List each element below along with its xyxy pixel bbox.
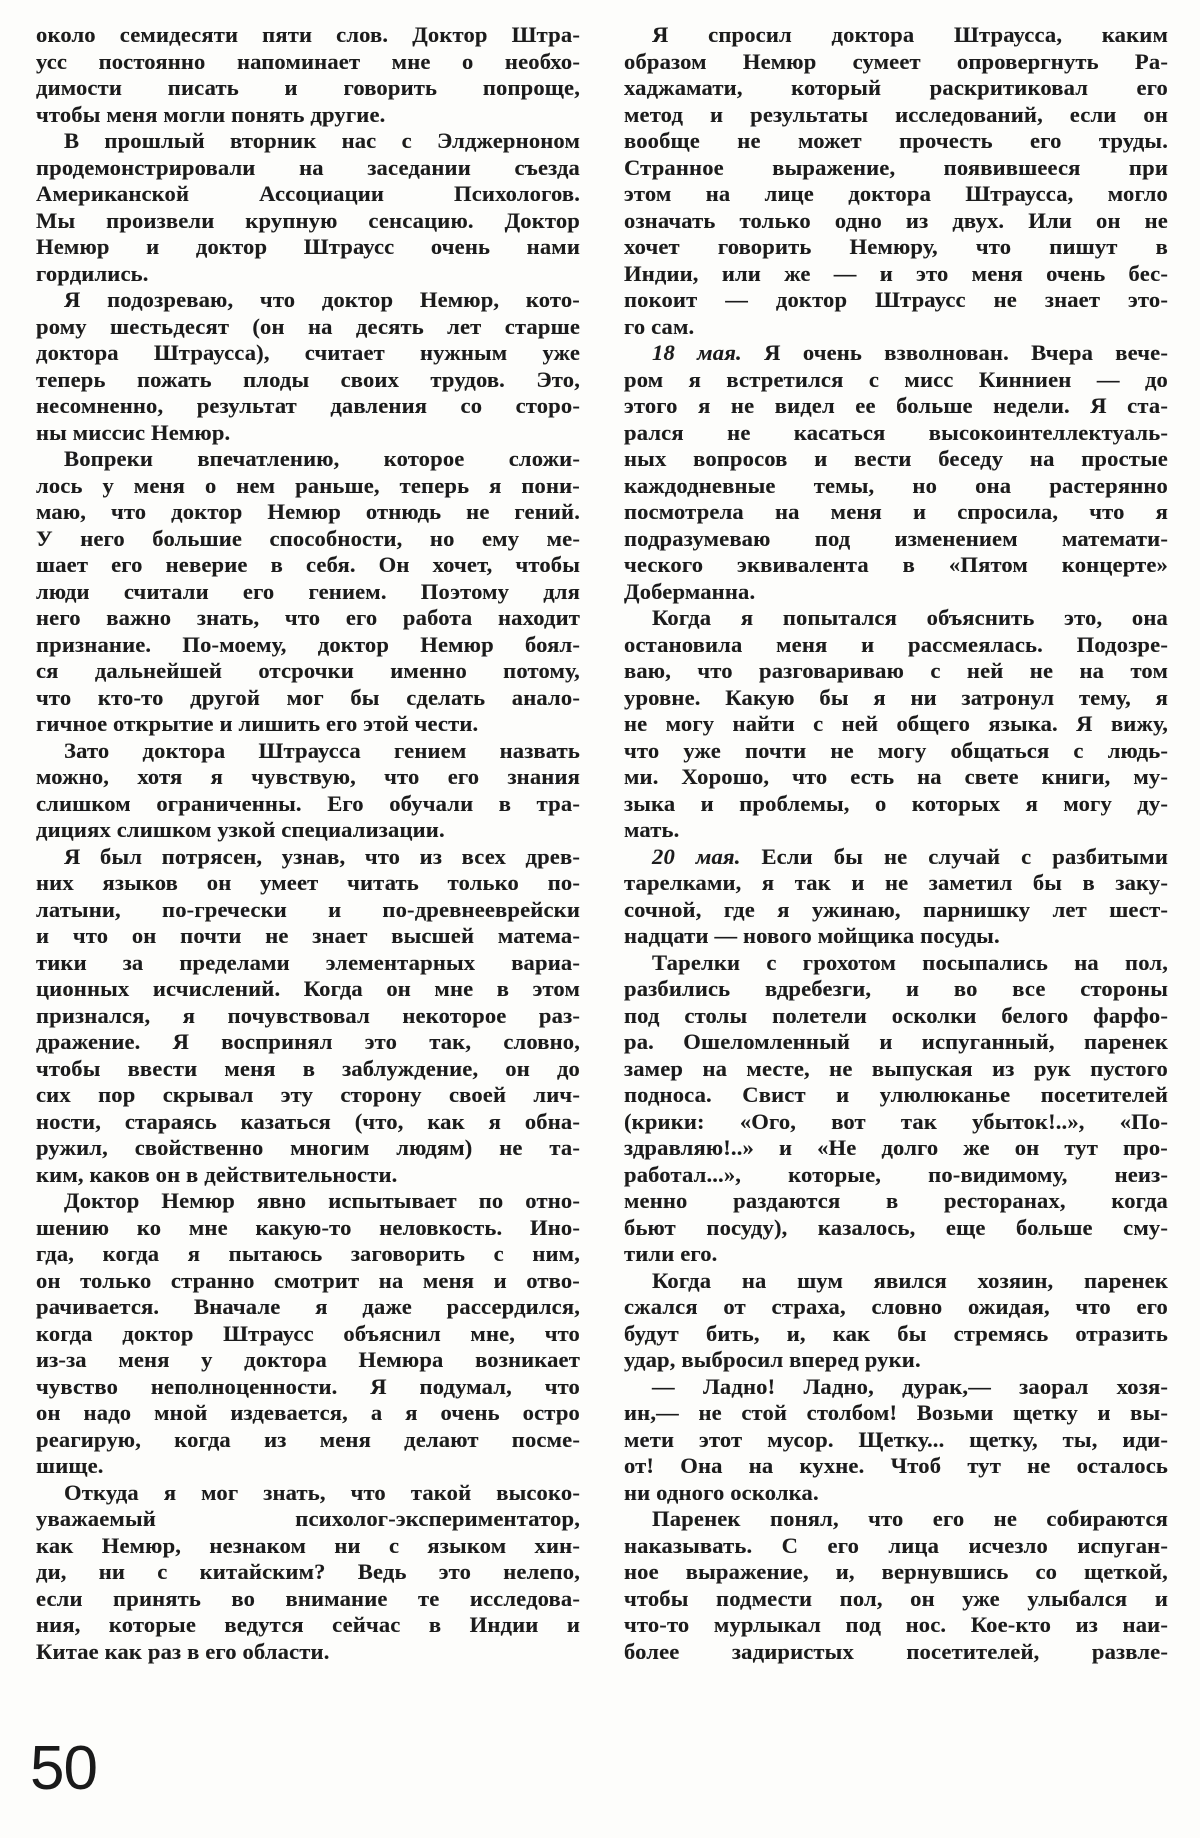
- text-line: Я спросил доктора Штраусса, каким: [624, 22, 1168, 49]
- text-line: Доберманна.: [624, 579, 1168, 606]
- paragraph: 18 мая. Я очень взволнован. Вчера вече-р…: [624, 340, 1168, 605]
- text-line: ди, ни с китайским? Ведь это нелепо,: [36, 1559, 580, 1586]
- text-line: можно, хотя я чувствую, что его знания: [36, 764, 580, 791]
- text-line: признался, я почувствовал некоторое раз-: [36, 1003, 580, 1030]
- text-line: ных вопросов и вести беседу на простые: [624, 446, 1168, 473]
- text-line: 20 мая. Если бы не случай с разбитыми: [624, 844, 1168, 871]
- paragraph: около семидесяти пяти слов. Доктор Штра-…: [36, 22, 580, 128]
- text-line: У него большие способности, но ему ме-: [36, 526, 580, 553]
- text-line: Тарелки с грохотом посыпались на пол,: [624, 950, 1168, 977]
- paragraph: Зато доктора Штраусса гением назватьможн…: [36, 738, 580, 844]
- text-line: Я подозреваю, что доктор Немюр, кото-: [36, 287, 580, 314]
- text-line: из-за меня у доктора Немюра возникает: [36, 1347, 580, 1374]
- text-line: каждодневные темы, но она растерянно: [624, 473, 1168, 500]
- text-line: тики за пределами элементарных вариа-: [36, 950, 580, 977]
- text-line: Когда я попытался объяснить это, она: [624, 605, 1168, 632]
- text-line: несомненно, результат давления со сторо-: [36, 393, 580, 420]
- text-line: ционных исчислений. Когда он мне в этом: [36, 976, 580, 1003]
- paragraph: Я спросил доктора Штраусса, какимобразом…: [624, 22, 1168, 340]
- text-line: подноса. Свист и улюлюканье посетителей: [624, 1082, 1168, 1109]
- text-line: не могу найти с ней общего языка. Я вижу…: [624, 711, 1168, 738]
- text-line: лось у меня о нем раньше, теперь я пони-: [36, 473, 580, 500]
- text-line: сих пор скрывал эту сторону своей лич-: [36, 1082, 580, 1109]
- text-line: сочной, где я ужинаю, парнишку лет шест-: [624, 897, 1168, 924]
- text-line: Странное выражение, появившееся при: [624, 155, 1168, 182]
- text-line: мать.: [624, 817, 1168, 844]
- text-line: будут бить, и, как бы стремясь отразить: [624, 1321, 1168, 1348]
- paragraph: Я подозреваю, что доктор Немюр, кото-ром…: [36, 287, 580, 446]
- text-line: чтобы меня могли понять другие.: [36, 102, 580, 129]
- text-line: ны миссис Немюр.: [36, 420, 580, 447]
- text-line: ния, которые ведутся сейчас в Индии и: [36, 1612, 580, 1639]
- text-line: Американской Ассоциации Психологов.: [36, 181, 580, 208]
- paragraph: Паренек понял, что его не собираютсянака…: [624, 1506, 1168, 1665]
- text-line: ин,— не стой столбом! Возьми щетку и вы-: [624, 1400, 1168, 1427]
- text-line: тили его.: [624, 1241, 1168, 1268]
- text-line: означать только одно из двух. Или он не: [624, 208, 1168, 235]
- page-number: 50: [30, 1738, 97, 1800]
- text-line: Откуда я мог знать, что такой высоко-: [36, 1480, 580, 1507]
- text-line: люди считали его гением. Поэтому для: [36, 579, 580, 606]
- text-line: чтобы ввести меня в заблуждение, он до: [36, 1056, 580, 1083]
- text-line: ное выражение, и, вернувшись со щеткой,: [624, 1559, 1168, 1586]
- paragraph: Когда на шум явился хозяин, паренексжалс…: [624, 1268, 1168, 1374]
- text-line: метод и результаты исследований, если он: [624, 102, 1168, 129]
- paragraph: 20 мая. Если бы не случай с разбитымитар…: [624, 844, 1168, 950]
- text-line: уважаемый психолог-экспериментатор,: [36, 1506, 580, 1533]
- text-line: здравляю!..» и «Не долго же он тут про-: [624, 1135, 1168, 1162]
- text-line: чтобы подмести пол, он уже улыбался и: [624, 1586, 1168, 1613]
- text-line: наказывать. С его лица исчезло испуган-: [624, 1533, 1168, 1560]
- text-line: Китае как раз в его области.: [36, 1639, 580, 1666]
- paragraph: Вопреки впечатлению, которое сложи-лось …: [36, 446, 580, 738]
- text-line: них языков он умеет читать только по-: [36, 870, 580, 897]
- text-line: удар, выбросил вперед руки.: [624, 1347, 1168, 1374]
- text-line: маю, что доктор Немюр отнюдь не гений.: [36, 499, 580, 526]
- text-line: менно раздаются в ресторанах, когда: [624, 1188, 1168, 1215]
- text-line: Немюр и доктор Штраусс очень нами: [36, 234, 580, 261]
- text-line: ности, стараясь казаться (что, как я обн…: [36, 1109, 580, 1136]
- diary-date: 20 мая.: [652, 844, 741, 869]
- text-line: шает его неверие в себя. Он хочет, чтобы: [36, 552, 580, 579]
- text-line: рачивается. Вначале я даже рассердился,: [36, 1294, 580, 1321]
- text-line: вообще не может прочесть его труды.: [624, 128, 1168, 155]
- text-line: гичное открытие и лишить его этой чести.: [36, 711, 580, 738]
- text-line: зыка и проблемы, о которых я могу ду-: [624, 791, 1168, 818]
- paragraph: В прошлый вторник нас с Элджернономпроде…: [36, 128, 580, 287]
- text-line: этого я не видел ее больше недели. Я ста…: [624, 393, 1168, 420]
- text-line: от! Она на кухне. Чтоб тут не осталось: [624, 1453, 1168, 1480]
- paragraph: — Ладно! Ладно, дурак,— заорал хозя-ин,—…: [624, 1374, 1168, 1507]
- text-line: хаджамати, который раскритиковал его: [624, 75, 1168, 102]
- text-line: Когда на шум явился хозяин, паренек: [624, 1268, 1168, 1295]
- left-column: около семидесяти пяти слов. Доктор Штра-…: [36, 22, 580, 1665]
- text-line: что кто-то другой мог бы сделать анало-: [36, 685, 580, 712]
- text-line: мети этот мусор. Щетку... щетку, ты, иди…: [624, 1427, 1168, 1454]
- paragraph: Доктор Немюр явно испытывает по отно-шен…: [36, 1188, 580, 1480]
- text-line: ваю, что разговариваю с ней не на том: [624, 658, 1168, 685]
- text-line: теперь пожать плоды своих трудов. Это,: [36, 367, 580, 394]
- text-line: В прошлый вторник нас с Элджерноном: [36, 128, 580, 155]
- text-line: образом Немюр сумеет опровергнуть Ра-: [624, 49, 1168, 76]
- text-line: — Ладно! Ладно, дурак,— заорал хозя-: [624, 1374, 1168, 1401]
- text-line: Паренек понял, что его не собираются: [624, 1506, 1168, 1533]
- text-line: ческого эквивалента в «Пятом концерте»: [624, 552, 1168, 579]
- text-line: подразумеваю под изменением математи-: [624, 526, 1168, 553]
- text-line: димости писать и говорить попроще,: [36, 75, 580, 102]
- text-line: ким, каков он в действительности.: [36, 1162, 580, 1189]
- text-line: шище.: [36, 1453, 580, 1480]
- text-line: доктора Штраусса), считает нужным уже: [36, 340, 580, 367]
- text-line: остановила меня и рассмеялась. Подозре-: [624, 632, 1168, 659]
- text-line: уровне. Какую бы я ни затронул тему, я: [624, 685, 1168, 712]
- text-line: него важно знать, что его работа находит: [36, 605, 580, 632]
- text-line: усс постоянно напоминает мне о необхо-: [36, 49, 580, 76]
- text-line: Доктор Немюр явно испытывает по отно-: [36, 1188, 580, 1215]
- text-line: посмотрела на меня и спросила, что я: [624, 499, 1168, 526]
- text-line: бьют посуду), казалось, еще больше сму-: [624, 1215, 1168, 1242]
- text-line: что уже почти не могу общаться с людь-: [624, 738, 1168, 765]
- text-line: этом на лице доктора Штраусса, могло: [624, 181, 1168, 208]
- paragraph: Я был потрясен, узнав, что из всех древ-…: [36, 844, 580, 1189]
- text-line: ра. Ошеломленный и испуганный, паренек: [624, 1029, 1168, 1056]
- text-line: Зато доктора Штраусса гением назвать: [36, 738, 580, 765]
- text-line: дициях слишком узкой специализации.: [36, 817, 580, 844]
- text-line: ни одного осколка.: [624, 1480, 1168, 1507]
- text-line: ром я встретился с мисс Кинниен — до: [624, 367, 1168, 394]
- text-line: работал...», которые, по-видимому, неиз-: [624, 1162, 1168, 1189]
- text-line: сжался от страха, словно ожидая, что его: [624, 1294, 1168, 1321]
- text-line: 18 мая. Я очень взволнован. Вчера вече-: [624, 340, 1168, 367]
- text-line: ружил, свойственно многим людям) не та-: [36, 1135, 580, 1162]
- text-line: более задиристых посетителей, развле-: [624, 1639, 1168, 1666]
- text-line: латыни, по-гречески и по-древнееврейски: [36, 897, 580, 924]
- text-line: слишком ограниченны. Его обучали в тра-: [36, 791, 580, 818]
- text-line: ся дальнейшей отсрочки именно потому,: [36, 658, 580, 685]
- text-line: он надо мной издевается, а я очень остро: [36, 1400, 580, 1427]
- text-line: чувство неполноценности. Я подумал, что: [36, 1374, 580, 1401]
- text-line: Мы произвели крупную сенсацию. Доктор: [36, 208, 580, 235]
- right-column: Я спросил доктора Штраусса, какимобразом…: [624, 22, 1168, 1665]
- diary-date: 18 мая.: [652, 340, 742, 365]
- text-line: рался не касаться высокоинтеллектуаль-: [624, 420, 1168, 447]
- text-line: покоит — доктор Штраусс не знает это-: [624, 287, 1168, 314]
- text-line: ми. Хорошо, что есть на свете книги, му-: [624, 764, 1168, 791]
- text-line: под столы полетели осколки белого фарфо-: [624, 1003, 1168, 1030]
- text-line: если принять во внимание те исследова-: [36, 1586, 580, 1613]
- text-line: Вопреки впечатлению, которое сложи-: [36, 446, 580, 473]
- text-line: тарелками, я так и не заметил бы в заку-: [624, 870, 1168, 897]
- text-line: Индии, или же — и это меня очень бес-: [624, 261, 1168, 288]
- text-line: Я был потрясен, узнав, что из всех древ-: [36, 844, 580, 871]
- text-line: шению ко мне какую-то неловкость. Ино-: [36, 1215, 580, 1242]
- text-line: реагирую, когда из меня делают посме-: [36, 1427, 580, 1454]
- paragraph: Откуда я мог знать, что такой высоко-ува…: [36, 1480, 580, 1666]
- text-line: дражение. Я воспринял это так, словно,: [36, 1029, 580, 1056]
- paragraph: Тарелки с грохотом посыпались на пол,раз…: [624, 950, 1168, 1268]
- text-line: рому шестьдесят (он на десять лет старше: [36, 314, 580, 341]
- text-line: что-то мурлыкал под нос. Кое-кто из наи-: [624, 1612, 1168, 1639]
- text-line: замер на месте, не выпуская из рук пусто…: [624, 1056, 1168, 1083]
- text-line: и что он почти не знает высшей матема-: [36, 923, 580, 950]
- text-line: гордились.: [36, 261, 580, 288]
- text-line: признание. По-моему, доктор Немюр боял-: [36, 632, 580, 659]
- text-line: он только странно смотрит на меня и отво…: [36, 1268, 580, 1295]
- text-line: когда доктор Штраусс объяснил мне, что: [36, 1321, 580, 1348]
- text-line: около семидесяти пяти слов. Доктор Штра-: [36, 22, 580, 49]
- text-line: продемонстрировали на заседании съезда: [36, 155, 580, 182]
- paragraph: Когда я попытался объяснить это, онаоста…: [624, 605, 1168, 844]
- text-line: как Немюр, незнаком ни с языком хин-: [36, 1533, 580, 1560]
- book-page: около семидесяти пяти слов. Доктор Штра-…: [0, 0, 1200, 1838]
- text-line: гда, когда я пытаюсь заговорить с ним,: [36, 1241, 580, 1268]
- text-line: хочет говорить Немюру, что пишут в: [624, 234, 1168, 261]
- text-line: го сам.: [624, 314, 1168, 341]
- text-line: (крики: «Ого, вот так убыток!..», «По-: [624, 1109, 1168, 1136]
- text-line: надцати — нового мойщика посуды.: [624, 923, 1168, 950]
- text-line: разбились вдребезги, и во все стороны: [624, 976, 1168, 1003]
